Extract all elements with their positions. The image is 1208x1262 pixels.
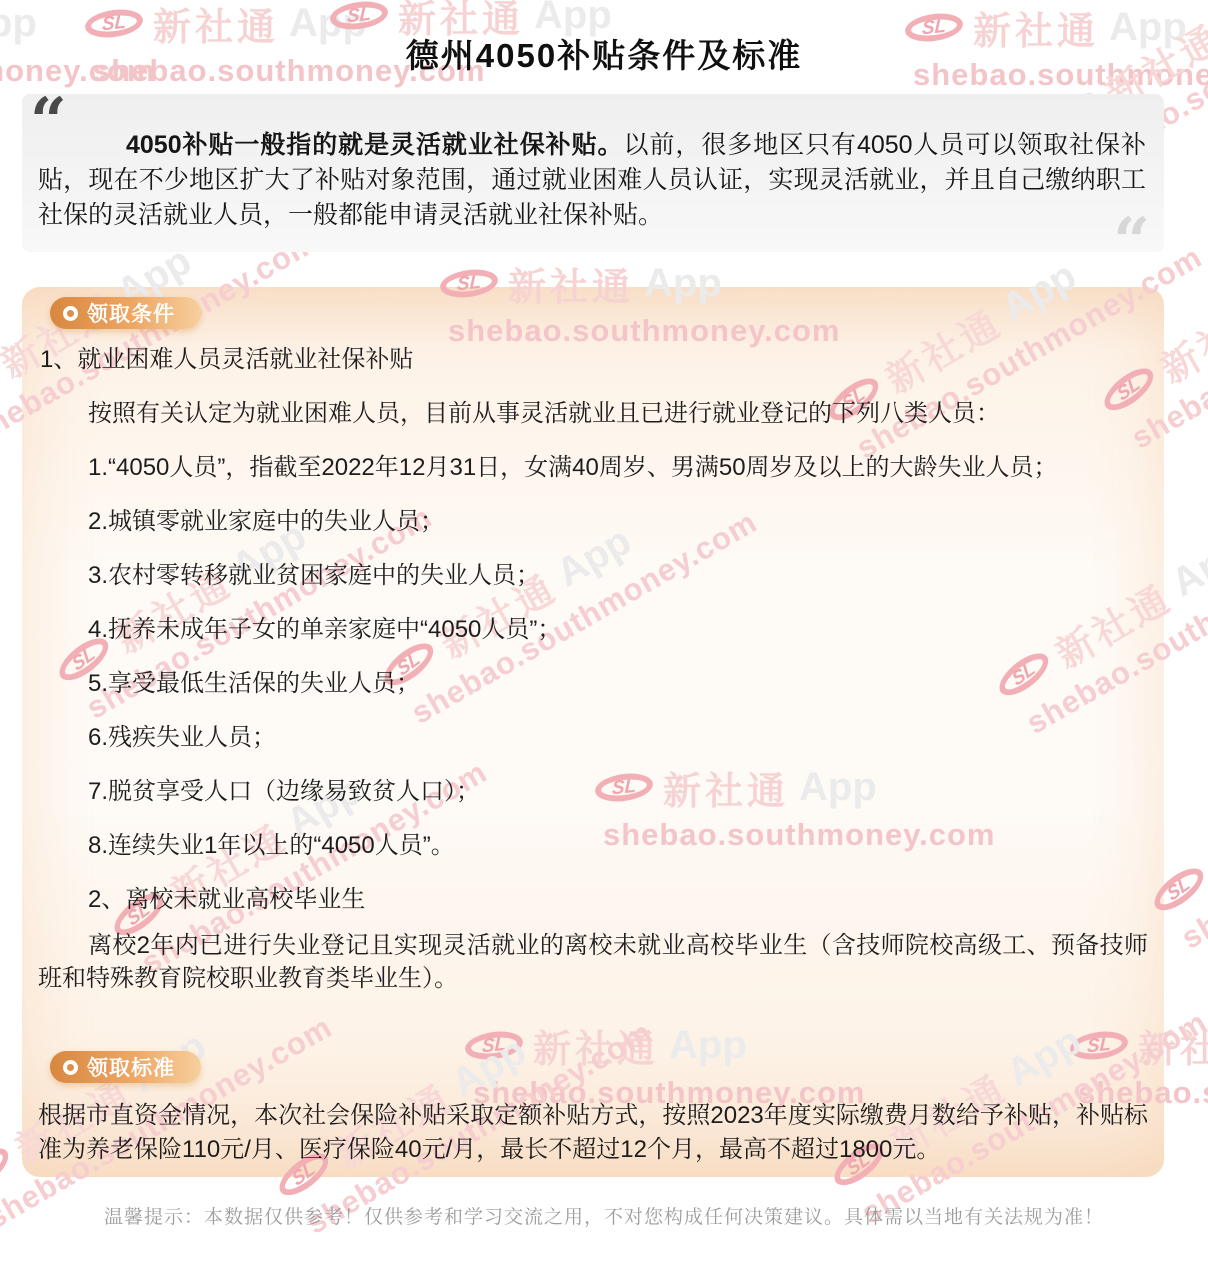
article-content: 领取条件 1、就业困难人员灵活就业社保补贴 按照有关认定为就业困难人员，目前从事… [22,287,1164,1177]
condition-item: 3.农村零转移就业贫困家庭中的失业人员； [38,561,1148,591]
badge-label: 领取条件 [87,298,175,328]
disclaimer-note: 温馨提示：本数据仅供参考！仅供参考和学习交流之用，不对您构成任何决策建议。具体需… [0,1202,1208,1229]
shetong-logo-icon: SL [330,0,389,32]
conditions-heading-2: 2、离校未就业高校毕业生 [38,885,1148,915]
page-title: 德州4050补贴条件及标准 [0,30,1208,77]
standards-paragraph: 根据市直资金情况，本次社会保险补贴采取定额补贴方式，按照2023年度实际缴费月数… [38,1099,1148,1167]
circle-ring-icon [63,306,78,321]
condition-item: 1.“4050人员”，指截至2022年12月31日，女满40周岁、男满50周岁及… [38,453,1148,483]
circle-ring-icon [63,1060,78,1075]
intro-paragraph: 4050补贴一般指的就是灵活就业社保补贴。以前，很多地区只有4050人员可以领取… [22,94,1164,233]
conditions-heading-1: 1、就业困难人员灵活就业社保补贴 [40,345,1148,375]
conditions-intro-line: 按照有关认定为就业困难人员，目前从事灵活就业且已进行就业登记的下列八类人员： [38,399,1148,429]
intro-bold-text: 4050补贴一般指的就是灵活就业社保补贴。 [126,131,624,159]
condition-item: 6.残疾失业人员； [38,723,1148,753]
open-quote-icon: “ [30,90,67,130]
shetong-logo-icon: SL [0,1140,14,1198]
condition-item: 7.脱贫享受人口（边缘易致贫人口）； [38,777,1148,807]
section-badge-standards: 领取标准 [50,1051,201,1083]
close-quote-icon: “ [1113,210,1150,250]
watermark-brand-suffix: App [1164,528,1208,606]
watermark-brand: 新社通 [1199,783,1208,894]
condition-item: 4.抚养未成年子女的单亲家庭中“4050人员”； [38,615,1148,645]
graduates-paragraph: 离校2年内已进行失业登记且实现灵活就业的离校未就业高校毕业生（含技师院校高级工、… [38,929,1148,995]
badge-label: 领取标准 [87,1052,175,1082]
section-badge-conditions: 领取条件 [50,297,201,329]
condition-item: 5.享受最低生活保的失业人员； [38,669,1148,699]
intro-quote-block: “ 4050补贴一般指的就是灵活就业社保补贴。以前，很多地区只有4050人员可以… [22,94,1164,252]
condition-item: 2.城镇零就业家庭中的失业人员； [38,507,1148,537]
watermark-site: shebao.southmoney.com [1175,729,1208,956]
article-page: SL新社通App shebao.southmoney.com SL新社通App … [0,0,1208,1262]
condition-item: 8.连续失业1年以上的“4050人员”。 [38,831,1148,861]
